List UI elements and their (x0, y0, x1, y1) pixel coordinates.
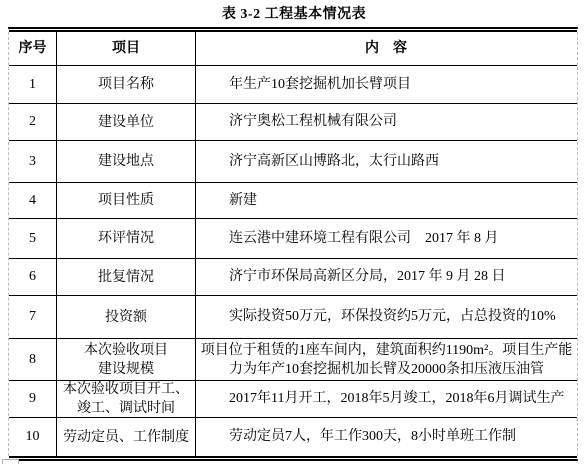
row-item: 项目性质 (57, 191, 195, 210)
row-no-cell: 6 (9, 259, 57, 295)
row-no-cell: 1 (9, 66, 57, 103)
row-item: 建设地点 (57, 152, 195, 171)
row-content: 新建 (196, 192, 577, 210)
row-no: 6 (9, 268, 56, 286)
row-item-cell: 投资额 (57, 296, 196, 338)
table-row: 2 建设单位 济宁奥松工程机械有限公司 (9, 104, 577, 141)
row-no-cell: 4 (9, 183, 57, 218)
row-content-cell: 连云港中建环境工程有限公司 2017 年 8 月 (196, 219, 577, 258)
row-content: 济宁高新区山博路北，太行山路西 (196, 153, 577, 171)
row-content-cell: 项目位于租赁的1座车间内，建筑面积约1190m²。项目生产能力为年产10套挖掘机… (196, 339, 577, 380)
row-content: 2017年11月开工，2018年5月竣工，2018年6月调试生产 (196, 390, 577, 408)
row-item-cell: 项目性质 (57, 183, 196, 218)
row-item: 本次验收项目 建设规模 (57, 341, 195, 379)
row-content: 连云港中建环境工程有限公司 2017 年 8 月 (196, 230, 577, 248)
header-cell-item: 项目 (57, 32, 196, 65)
row-content: 济宁市环保局高新区分局，2017 年 9 月 28 日 (196, 268, 577, 286)
row-no-cell: 3 (9, 141, 57, 182)
row-content-cell: 劳动定员7人，年工作300天，8小时单班工作制 (196, 418, 577, 456)
row-item-cell: 本次验收项目开工、 竣工、调试时间 (57, 381, 196, 417)
row-item-cell: 建设单位 (57, 104, 196, 140)
row-no: 2 (9, 113, 56, 131)
table-row: 8 本次验收项目 建设规模 项目位于租赁的1座车间内，建筑面积约1190m²。项… (9, 339, 577, 381)
header-cell-no: 序号 (9, 32, 57, 65)
row-no: 4 (9, 192, 56, 210)
row-item: 项目名称 (57, 75, 195, 94)
row-content-cell: 年生产10套挖掘机加长臂项目 (196, 66, 577, 103)
row-item-cell: 本次验收项目 建设规模 (57, 339, 196, 380)
row-item: 建设单位 (57, 113, 195, 132)
row-content-cell: 济宁奥松工程机械有限公司 (196, 104, 577, 140)
row-no: 5 (9, 230, 56, 248)
row-item-cell: 建设地点 (57, 141, 196, 182)
row-item-cell: 项目名称 (57, 66, 196, 103)
row-item-cell: 批复情况 (57, 259, 196, 295)
row-item: 本次验收项目开工、 竣工、调试时间 (57, 381, 195, 417)
row-content: 劳动定员7人，年工作300天，8小时单班工作制 (196, 428, 577, 446)
row-no: 3 (9, 153, 56, 171)
table-row: 5 环评情况 连云港中建环境工程有限公司 2017 年 8 月 (9, 219, 577, 259)
page-edge-artifact (2, 459, 19, 464)
row-no-cell: 7 (9, 296, 57, 338)
row-content-cell: 实际投资50万元，环保投资约5万元，占总投资的10% (196, 296, 577, 338)
row-content-cell: 济宁市环保局高新区分局，2017 年 9 月 28 日 (196, 259, 577, 295)
row-no: 1 (9, 76, 56, 94)
row-no-cell: 2 (9, 104, 57, 140)
table-row: 9 本次验收项目开工、 竣工、调试时间 2017年11月开工，2018年5月竣工… (9, 381, 577, 418)
table-row: 10 劳动定员、工作制度 劳动定员7人，年工作300天，8小时单班工作制 (9, 418, 577, 456)
table-row: 1 项目名称 年生产10套挖掘机加长臂项目 (9, 66, 577, 104)
header-label-no: 序号 (9, 40, 56, 58)
header-label-content: 内 容 (196, 40, 577, 58)
table-row: 4 项目性质 新建 (9, 183, 577, 219)
row-content: 济宁奥松工程机械有限公司 (196, 113, 577, 131)
table-row: 7 投资额 实际投资50万元，环保投资约5万元，占总投资的10% (9, 296, 577, 339)
header-label-item: 项目 (57, 39, 195, 58)
row-content: 项目位于租赁的1座车间内，建筑面积约1190m²。项目生产能力为年产10套挖掘机… (196, 341, 577, 379)
row-no-cell: 9 (9, 381, 57, 417)
table-title: 表 3-2 工程基本情况表 (0, 3, 588, 23)
row-item-cell: 劳动定员、工作制度 (57, 418, 196, 456)
row-no: 9 (9, 390, 56, 408)
row-item: 环评情况 (57, 229, 195, 248)
document-page: 表 3-2 工程基本情况表 序号 项目 内 容 1 项目名称 年生产10套挖掘机… (0, 0, 588, 464)
row-no-cell: 5 (9, 219, 57, 258)
row-no: 8 (9, 351, 56, 369)
table-row: 3 建设地点 济宁高新区山博路北，太行山路西 (9, 141, 577, 183)
row-content-cell: 济宁高新区山博路北，太行山路西 (196, 141, 577, 182)
row-content: 实际投资50万元，环保投资约5万元，占总投资的10% (196, 308, 577, 326)
row-item: 投资额 (57, 308, 195, 327)
row-item: 批复情况 (57, 268, 195, 287)
row-no-cell: 10 (9, 418, 57, 456)
row-no: 10 (9, 428, 56, 446)
row-item-cell: 环评情况 (57, 219, 196, 258)
row-content: 年生产10套挖掘机加长臂项目 (196, 76, 577, 94)
project-info-table: 序号 项目 内 容 1 项目名称 年生产10套挖掘机加长臂项目 2 建设单位 济… (8, 27, 578, 461)
row-item: 劳动定员、工作制度 (57, 428, 195, 447)
table-row: 6 批复情况 济宁市环保局高新区分局，2017 年 9 月 28 日 (9, 259, 577, 296)
row-no: 7 (9, 308, 56, 326)
row-content-cell: 新建 (196, 183, 577, 218)
row-no-cell: 8 (9, 339, 57, 380)
row-content-cell: 2017年11月开工，2018年5月竣工，2018年6月调试生产 (196, 381, 577, 417)
table-header-row: 序号 项目 内 容 (9, 32, 577, 66)
header-cell-content: 内 容 (196, 32, 577, 65)
